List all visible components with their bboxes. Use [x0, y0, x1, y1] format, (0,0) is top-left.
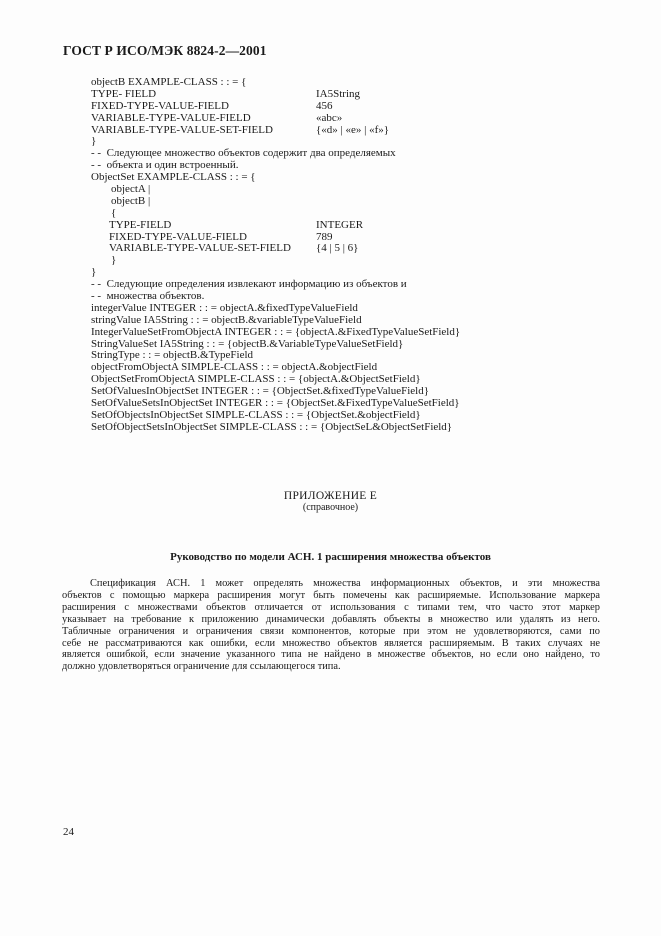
code-line: } — [91, 255, 460, 267]
paragraph-line: является ошибкой, если значение указанно… — [62, 649, 600, 661]
field-name: VARIABLE-TYPE-VALUE-FIELD — [91, 112, 251, 124]
code-definition: stringValue IA5String : : = objectB.&var… — [91, 315, 460, 327]
field-value: {4 | 5 | 6} — [316, 243, 358, 255]
field-value: IA5String — [316, 89, 360, 101]
field-value: «abc» — [316, 113, 342, 125]
field-name: TYPE- FIELD — [91, 88, 156, 100]
paragraph-line: объектов с помощью маркера расширения мо… — [62, 590, 600, 602]
body-paragraph: Спецификация АСН. 1 может определять мно… — [62, 578, 600, 673]
appendix-heading: ПРИЛОЖЕНИЕ Е (справочное) — [0, 490, 661, 514]
paragraph-line: себе не рассматриваются как ошибки, если… — [62, 638, 600, 650]
document-header: ГОСТ Р ИСО/МЭК 8824-2—2001 — [63, 43, 267, 59]
paragraph-line: Табличные ограничения и ограничения связ… — [62, 626, 600, 638]
appendix-subtitle: (справочное) — [0, 502, 661, 514]
field-value: {«d» | «e» | «f»} — [316, 125, 389, 137]
asn1-code-listing: objectB EXAMPLE-CLASS : : = { TYPE- FIEL… — [91, 77, 460, 434]
section-title: Руководство по модели АСН. 1 расширения … — [0, 551, 661, 563]
code-row: VARIABLE-TYPE-VALUE-SET-FIELD{4 | 5 | 6} — [91, 243, 460, 255]
field-name: FIXED-TYPE-VALUE-FIELD — [109, 231, 247, 243]
field-name: TYPE-FIELD — [109, 219, 171, 231]
paragraph-line: Спецификация АСН. 1 может определять мно… — [62, 578, 600, 590]
field-name: FIXED-TYPE-VALUE-FIELD — [91, 100, 229, 112]
appendix-title: ПРИЛОЖЕНИЕ Е — [0, 490, 661, 502]
paragraph-line: указывает на требование к приложению дин… — [62, 614, 600, 626]
field-name: VARIABLE-TYPE-VALUE-SET-FIELD — [109, 242, 291, 254]
code-row: VARIABLE-TYPE-VALUE-SET-FIELD{«d» | «e» … — [91, 125, 460, 137]
code-definition: SetOfObjectSetsInObjectSet SIMPLE-CLASS … — [91, 422, 460, 434]
field-value: 456 — [316, 101, 333, 113]
code-definition: IntegerValueSetFromObjectA INTEGER : : =… — [91, 327, 460, 339]
page-number: 24 — [63, 826, 74, 838]
field-value: INTEGER — [316, 220, 363, 232]
paragraph-line: расширения с множествами объектов отлича… — [62, 602, 600, 614]
field-name: VARIABLE-TYPE-VALUE-SET-FIELD — [91, 124, 273, 136]
code-line: objectB | — [91, 196, 460, 208]
paragraph-line: должно удовлетворяться ограничение для с… — [62, 661, 600, 673]
